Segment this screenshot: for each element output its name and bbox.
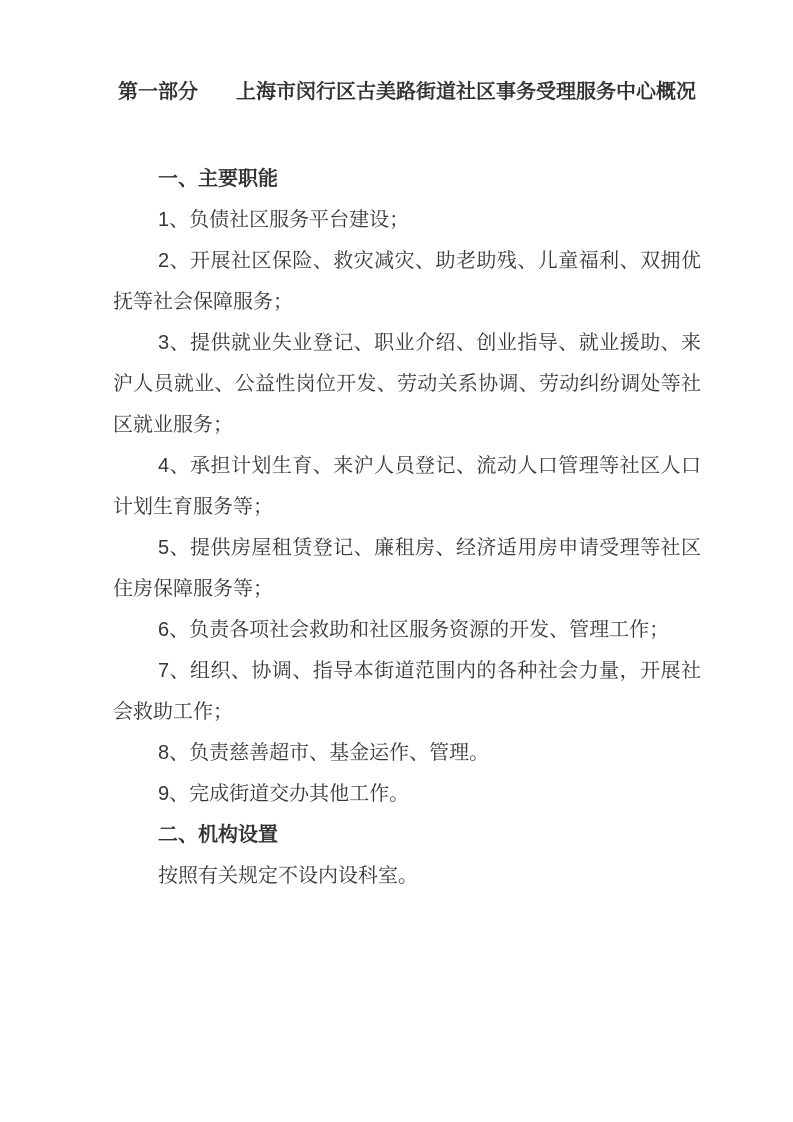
function-item-7: 7、组织、协调、指导本街道范围内的各种社会力量，开展社会救助工作；: [113, 651, 701, 733]
document-page: 第一部分 上海市闵行区古美路街道社区事务受理服务中心概况 一、主要职能 1、负债…: [0, 0, 793, 1122]
organization-paragraph: 按照有关规定不设内设科室。: [113, 856, 701, 897]
function-item-3: 3、提供就业失业登记、职业介绍、创业指导、就业援助、来沪人员就业、公益性岗位开发…: [113, 323, 701, 446]
section-heading-main-functions: 一、主要职能: [113, 159, 701, 200]
title-main-text: 上海市闵行区古美路街道社区事务受理服务中心概况: [236, 72, 696, 113]
function-item-2: 2、开展社区保险、救灾减灾、助老助残、儿童福利、双拥优抚等社会保障服务；: [113, 241, 701, 323]
title-spacer: [113, 113, 701, 159]
page-title: 第一部分 上海市闵行区古美路街道社区事务受理服务中心概况: [113, 72, 701, 113]
section-heading-organization: 二、机构设置: [113, 815, 701, 856]
function-item-4: 4、承担计划生育、来沪人员登记、流动人口管理等社区人口计划生育服务等；: [113, 446, 701, 528]
function-item-1: 1、负债社区服务平台建设；: [113, 200, 701, 241]
function-item-9: 9、完成街道交办其他工作。: [113, 774, 701, 815]
function-item-6: 6、负责各项社会救助和社区服务资源的开发、管理工作；: [113, 610, 701, 651]
function-item-8: 8、负责慈善超市、基金运作、管理。: [113, 733, 701, 774]
function-item-5: 5、提供房屋租赁登记、廉租房、经济适用房申请受理等社区住房保障服务等；: [113, 528, 701, 610]
title-part-label: 第一部分: [118, 72, 198, 113]
